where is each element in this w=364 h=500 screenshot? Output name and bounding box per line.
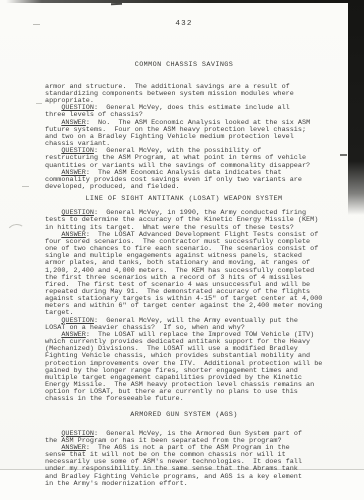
text-line: developed, produced, and fielded.: [45, 184, 323, 191]
scanned-document-page: 432 COMMON CHASSIS SAVINGSarmor and stru…: [0, 0, 364, 500]
page-content: 432 COMMON CHASSIS SAVINGSarmor and stru…: [45, 0, 323, 500]
scan-edge-right: [348, 0, 364, 215]
scan-artifact: [33, 24, 40, 25]
section-heading: COMMON CHASSIS SAVINGS: [45, 62, 323, 69]
section: ARMORED GUN SYSTEM (AGS) QUESTION: Gener…: [45, 412, 323, 488]
scan-artifact: [22, 186, 29, 187]
section-heading: ARMORED GUN SYSTEM (AGS): [45, 412, 323, 419]
text-line: chassis in the foreseeable future.: [45, 396, 323, 403]
section-heading: LINE OF SIGHT ANTITANK (LOSAT) WEAPON SY…: [45, 196, 323, 203]
text-line: meters and within 6" of target center ag…: [45, 303, 323, 310]
page-number: 432: [45, 14, 323, 29]
text-line: in the Army's modernization effort.: [45, 481, 323, 488]
scan-artifact: [340, 154, 347, 156]
scan-artifact: [36, 103, 42, 104]
section: COMMON CHASSIS SAVINGSarmor and structur…: [45, 62, 323, 192]
section: LINE OF SIGHT ANTITANK (LOSAT) WEAPON SY…: [45, 196, 323, 403]
page-body: COMMON CHASSIS SAVINGSarmor and structur…: [45, 62, 323, 488]
